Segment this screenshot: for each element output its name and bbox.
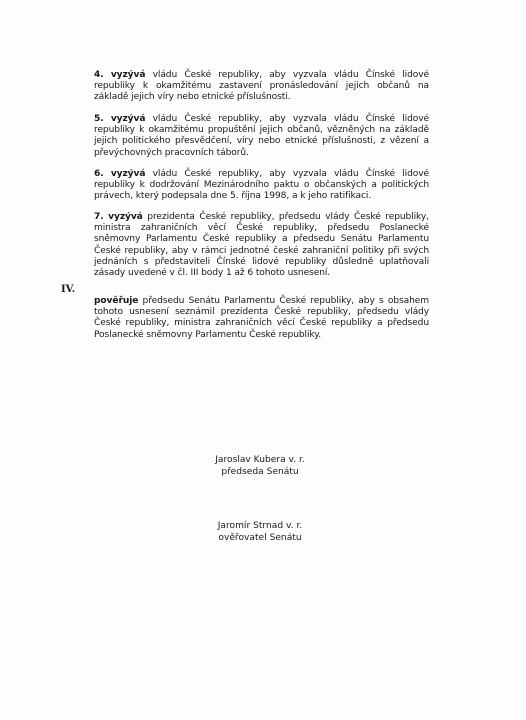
item-number: 4. [94,70,104,80]
signature-name: Jaroslav Kubera v. r. [180,455,340,467]
item-number: 5. [94,114,104,124]
item-verb: vyzývá [111,169,146,179]
section-numeral-iv: IV. [61,284,75,295]
item-verb: vyzývá [108,212,143,222]
resolution-item-7: 7. vyzývá prezidenta České republiky, př… [94,212,429,279]
signature-role: ověřovatel Senátu [180,533,340,545]
section-verb: pověřuje [94,296,138,306]
signature-role: předseda Senátu [180,467,340,479]
signature-name: Jaromír Strnad v. r. [180,521,340,533]
item-number: 7. [94,212,104,222]
item-text: vládu České republiky, aby vyzvala vládu… [94,70,429,102]
signature-block-verifier: Jaromír Strnad v. r. ověřovatel Senátu [180,521,340,544]
section-text: předsedu Senátu Parlamentu České republi… [94,296,429,340]
item-text: prezidenta České republiky, předsedu vlá… [94,212,429,278]
item-verb: vyzývá [111,114,146,124]
item-verb: vyzývá [111,70,146,80]
item-text: vládu České republiky, aby vyzvala vládu… [94,169,429,201]
signature-block-chairman: Jaroslav Kubera v. r. předseda Senátu [180,455,340,478]
resolution-item-5: 5. vyzývá vládu České republiky, aby vyz… [94,114,429,159]
resolution-item-4: 4. vyzývá vládu České republiky, aby vyz… [94,70,429,104]
document-page: 4. vyzývá vládu České republiky, aby vyz… [0,0,526,720]
resolution-item-6: 6. vyzývá vládu České republiky, aby vyz… [94,169,429,203]
section-iv-paragraph: pověřuje předsedu Senátu Parlamentu Česk… [94,296,429,341]
item-text: vládu České republiky, aby vyzvala vládu… [94,114,429,158]
item-number: 6. [94,169,104,179]
